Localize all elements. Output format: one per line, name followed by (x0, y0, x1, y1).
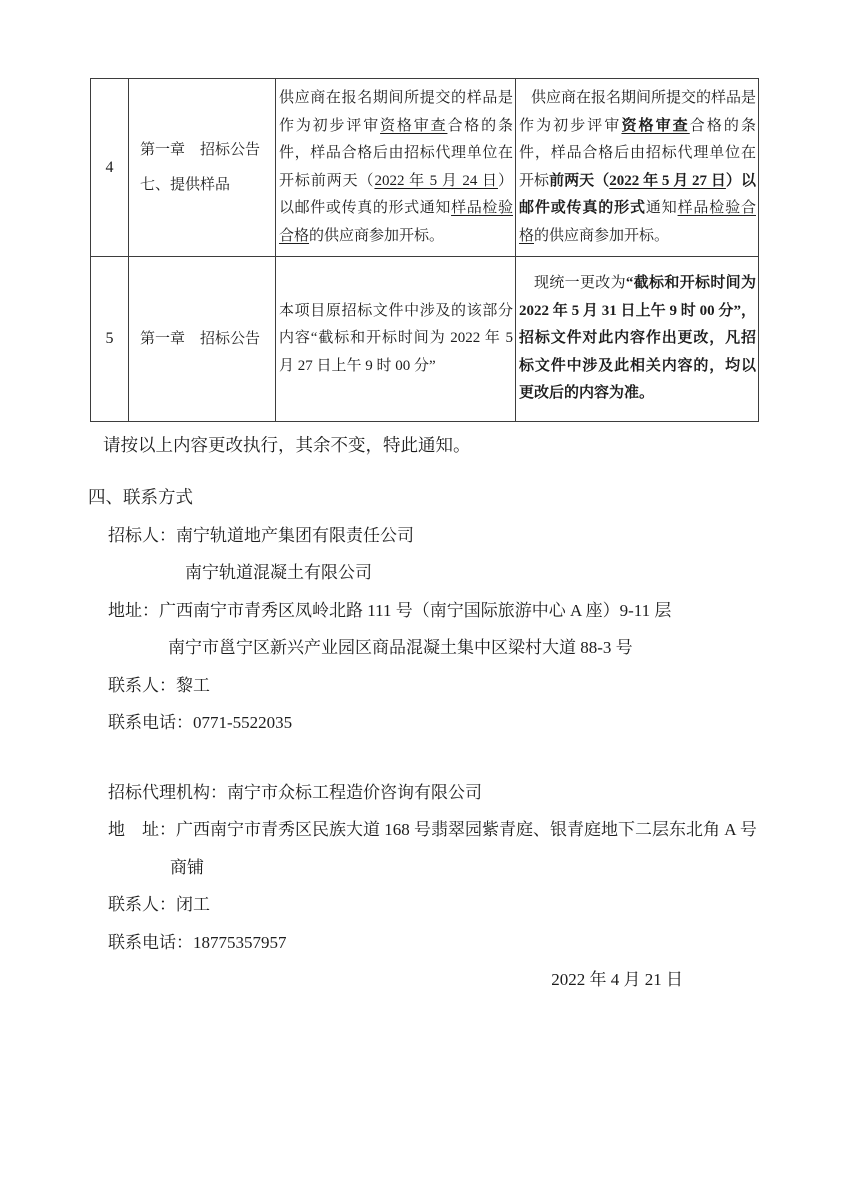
agency-address-line-1: 地 址：广西南宁市青秀区民族大道 168 号翡翠园紫青庭、银青庭地下二层东北角 … (108, 811, 762, 849)
row-number: 4 (91, 79, 129, 257)
bidder-address-line-1: 地址：广西南宁市青秀区凤岭北路 111 号（南宁国际旅游中心 A 座）9-11 … (108, 592, 762, 630)
revised-text: 现统一更改为“截标和开标时间为 2022 年 5 月 31 日上午 9 时 00… (519, 270, 756, 408)
document-page: 4 第一章 招标公告 七、提供样品 供应商在报名期间所提交的样品是作为初步评审资… (0, 0, 850, 1202)
section-line: 七、提供样品 (140, 168, 271, 203)
bidder-address-line-2: 南宁市邕宁区新兴产业园区商品混凝土集中区梁村大道 88-3 号 (168, 629, 762, 667)
bidder-contact-person: 联系人：黎工 (108, 667, 762, 705)
row-number: 5 (91, 257, 129, 422)
agency-address-line-2: 商铺 (170, 849, 762, 887)
original-text: 供应商在报名期间所提交的样品是作为初步评审资格审查合格的条件，样品合格后由招标代… (279, 85, 513, 250)
table-row-5: 5 第一章 招标公告 本项目原招标文件中涉及的该部分内容“截标和开标时间为 20… (91, 257, 759, 422)
section-cell: 第一章 招标公告 七、提供样品 (129, 79, 276, 257)
table-row-4: 4 第一章 招标公告 七、提供样品 供应商在报名期间所提交的样品是作为初步评审资… (91, 79, 759, 257)
bidder-name-line: 招标人：南宁轨道地产集团有限责任公司 (108, 517, 762, 555)
revised-content-cell: 现统一更改为“截标和开标时间为 2022 年 5 月 31 日上午 9 时 00… (516, 257, 759, 422)
notice-statement: 请按以上内容更改执行，其余不变，特此通知。 (103, 431, 762, 459)
original-content-cell: 供应商在报名期间所提交的样品是作为初步评审资格审查合格的条件，样品合格后由招标代… (276, 79, 516, 257)
section-line: 第一章 招标公告 (140, 322, 271, 357)
document-date: 2022 年 4 月 21 日 (90, 961, 762, 999)
section-line: 第一章 招标公告 (140, 133, 271, 168)
bidder-phone: 联系电话：0771-5522035 (108, 704, 762, 742)
section-cell: 第一章 招标公告 (129, 257, 276, 422)
agency-phone: 联系电话：18775357957 (108, 924, 762, 962)
agency-name-line: 招标代理机构：南宁市众标工程造价咨询有限公司 (108, 774, 762, 812)
original-text: 本项目原招标文件中涉及的该部分内容“截标和开标时间为 2022 年 5 月 27… (279, 298, 513, 381)
revised-text: 供应商在报名期间所提交的样品是作为初步评审资格审查合格的条件，样品合格后由招标代… (519, 85, 756, 250)
revision-table: 4 第一章 招标公告 七、提供样品 供应商在报名期间所提交的样品是作为初步评审资… (90, 78, 759, 422)
agency-contact-person: 联系人：闭工 (108, 886, 762, 924)
bidder-name-line-2: 南宁轨道混凝土有限公司 (185, 554, 762, 592)
contact-section-heading: 四、联系方式 (88, 479, 762, 517)
revised-content-cell: 供应商在报名期间所提交的样品是作为初步评审资格审查合格的条件，样品合格后由招标代… (516, 79, 759, 257)
original-content-cell: 本项目原招标文件中涉及的该部分内容“截标和开标时间为 2022 年 5 月 27… (276, 257, 516, 422)
